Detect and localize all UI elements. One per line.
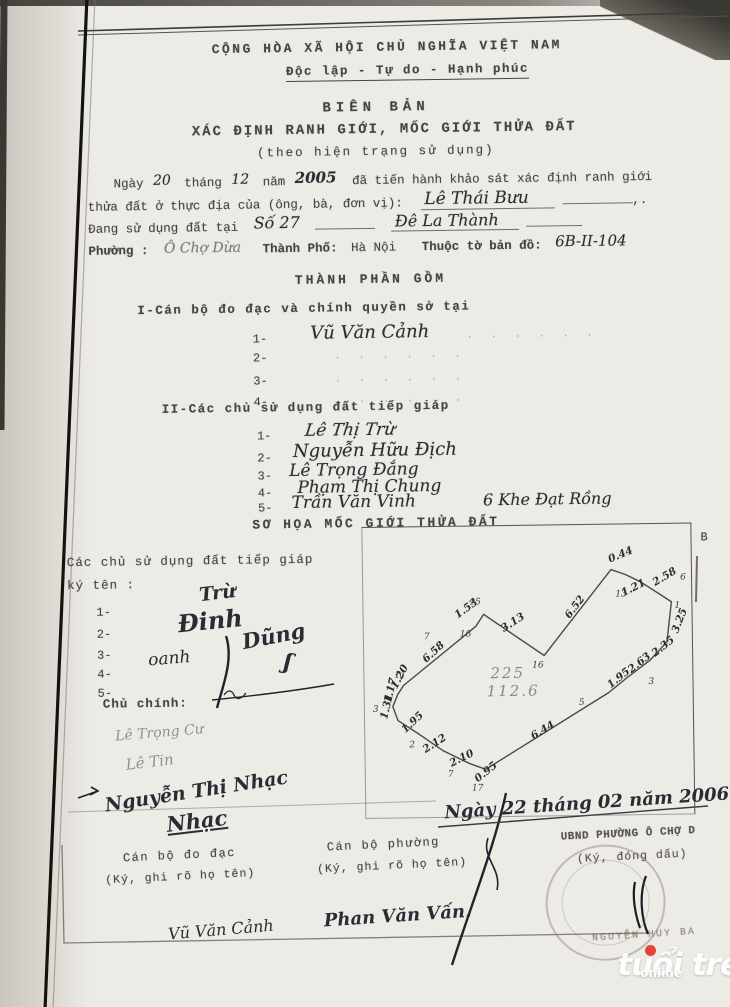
doc-subtitle: XÁC ĐỊNH RANH GIỚI, MỐC GIỚI THỬA ĐẤT: [192, 119, 577, 140]
watermark-red-dot: [645, 945, 656, 956]
doc-title: BIÊN BẢN: [322, 99, 429, 116]
intro-line-4: Phường : Ô Chợ Dừa Thành Phố: Hà Nội Thu…: [88, 233, 626, 259]
svg-text:15: 15: [469, 597, 481, 607]
list-item: 3-: [253, 372, 467, 389]
hw-neighbor-note: 6 Khe Đạt Rồng: [483, 489, 612, 510]
footer-col1-sub: (Ký, ghi rõ họ tên): [105, 867, 256, 887]
svg-text:6.52: 6.52: [562, 593, 587, 621]
signer-no-4: 4-: [97, 668, 112, 682]
svg-text:7: 7: [448, 770, 454, 780]
fill-line: [526, 213, 582, 227]
footer-col2-title: Cán bộ phường: [326, 835, 440, 855]
hw-note-4: Nhạc: [165, 805, 228, 837]
hw-neighbor-name: Trần Văn Vinh: [291, 491, 416, 513]
dotted-leader: [334, 349, 466, 365]
city-label: Thành Phố:: [263, 241, 338, 256]
svg-text:16: 16: [532, 661, 544, 671]
hw-day: 20: [153, 173, 171, 189]
doc-title-note: (theo hiện trạng sử dụng): [257, 143, 495, 160]
dotted-leader: [466, 328, 598, 344]
svg-text:11: 11: [394, 670, 406, 680]
plot-area: 112.6: [487, 682, 540, 701]
hw-year: 2005: [295, 168, 337, 187]
list-item: 5- Trần Văn Vinh 6 Khe Đạt Rồng: [258, 492, 612, 517]
hw-map-sheet-number: 6B-II-104: [555, 231, 627, 250]
signers-caption-2: ký tên :: [67, 578, 135, 593]
fill-line: [315, 216, 375, 230]
svg-text:6: 6: [680, 573, 686, 583]
footer-col3-title: UBND PHƯỜNG Ô CHỢ D: [560, 825, 695, 844]
svg-text:1.95: 1.95: [399, 709, 426, 735]
land-sketch-box: 0.44 1.21 2.58 3.25 2.35 2.63 1.95 6.44 …: [361, 522, 695, 819]
hw-footer-name-2: Phan Văn Vấn.: [323, 901, 472, 932]
hw-ward-name: Ô Chợ Dừa: [164, 240, 241, 257]
hw-surveyor-name: Vũ Văn Cảnh: [310, 321, 429, 344]
hw-signature-4: oanh: [147, 647, 191, 670]
tuoitre-watermark: tuổi trẻ online: [617, 947, 730, 983]
chu-chinh-label: Chủ chính:: [103, 696, 188, 711]
hw-note-1: Lê Trọng Cư: [115, 721, 205, 744]
svg-text:16: 16: [460, 630, 472, 640]
item-no: 2-: [253, 351, 268, 365]
item-no: 1-: [253, 332, 268, 346]
section2-title: II-Các chủ sử dụng đất tiếp giáp: [162, 399, 450, 417]
hw-note-2: Lê Tin: [125, 750, 175, 774]
participants-heading: THÀNH PHẦN GỒM: [295, 271, 446, 288]
svg-text:3.25: 3.25: [669, 607, 689, 635]
svg-text:5: 5: [579, 698, 585, 708]
hw-address-street: Đê La Thành: [391, 210, 519, 232]
ward-label: Phường :: [88, 244, 148, 259]
hw-signature-3: Dũng: [240, 618, 307, 654]
scanned-document-photo: CỘNG HÒA XÃ HỘI CHỦ NGHĨA VIỆT NAM Độc l…: [0, 0, 730, 1007]
signer-no-1: 1-: [96, 606, 111, 620]
svg-text:0.44: 0.44: [606, 544, 634, 565]
hw-signature-1: Trừ: [198, 580, 237, 606]
national-motto-country: CỘNG HÒA XÃ HỘI CHỦ NGHĨA VIỆT NAM: [212, 37, 562, 57]
intro-line-1: Ngày 20 tháng 12 năm 2005 đã tiến hành k…: [113, 166, 652, 192]
svg-text:3.13: 3.13: [499, 611, 527, 635]
hw-address-number: Số 27: [253, 213, 299, 233]
city-value: Hà Nội: [351, 241, 396, 256]
land-plot-sketch: 0.44 1.21 2.58 3.25 2.35 2.63 1.95 6.44 …: [362, 523, 694, 818]
svg-text:2.58: 2.58: [650, 565, 680, 589]
label-nam: năm: [263, 175, 286, 189]
plot-number: 225: [489, 664, 525, 682]
list-item: 1- Vũ Văn Cảnh: [253, 322, 599, 348]
item-no: 3-: [253, 374, 268, 388]
intro-line2-label: thửa đất ở thực địa của (ông, bà, đơn vị…: [88, 196, 403, 214]
label-ngay: Ngày: [113, 177, 143, 191]
margin-letter-b: B: [700, 530, 707, 544]
svg-text:2.10: 2.10: [447, 747, 477, 770]
hw-neighbor-name: Nguyễn Hữu Địch: [293, 439, 457, 462]
svg-text:6.44: 6.44: [529, 719, 557, 742]
intro-line3-label: Đang sử dụng đất tại: [88, 221, 238, 237]
hw-month: 12: [231, 172, 249, 188]
hw-signature-2: Đinh: [176, 603, 244, 638]
svg-text:17: 17: [472, 783, 484, 793]
signers-caption-1: Các chủ sử dụng đất tiếp giáp: [67, 553, 314, 570]
watermark-online: online: [640, 966, 682, 980]
svg-text:2.12: 2.12: [420, 732, 449, 756]
footer-col2-sub: (Ký, ghi rõ họ tên): [317, 856, 468, 876]
national-motto-slogan: Độc lập - Tự do - Hạnh phúc: [286, 62, 529, 82]
svg-text:1: 1: [674, 601, 680, 611]
svg-text:2: 2: [408, 740, 415, 750]
dotted-leader: [335, 372, 467, 388]
footer-col1-title: Cán bộ đo đạc: [123, 846, 237, 866]
hw-owner-name: Lê Thái Bưu: [420, 187, 555, 210]
list-item: 2-: [253, 349, 467, 366]
signer-no-2: 2-: [97, 628, 112, 642]
hw-footer-name-1: Vũ Văn Cảnh: [167, 916, 274, 944]
map-sheet-label: Thuộc tờ bản đồ:: [422, 239, 542, 255]
item-no: 1-: [257, 429, 272, 443]
intro-rest1: đã tiến hành khảo sát xác định ranh giới: [352, 170, 652, 188]
label-thang: tháng: [184, 176, 222, 191]
fill-line: [562, 190, 632, 204]
svg-text:3: 3: [648, 677, 654, 687]
section1-title: I-Cán bộ đo đạc và chính quyền sở tại: [137, 300, 470, 319]
signer-no-3: 3-: [97, 649, 112, 663]
svg-text:13: 13: [615, 589, 627, 599]
intro-line-3: Đang sử dụng đất tại Số 27 Đê La Thành: [88, 211, 582, 237]
hw-signature-flourish: ʃ: [282, 649, 294, 676]
svg-text:3: 3: [373, 705, 379, 715]
item-no: 5-: [258, 501, 273, 515]
hw-neighbor-name: Lê Thị Trừ: [303, 420, 396, 441]
svg-text:7: 7: [424, 632, 430, 642]
document-page: CỘNG HÒA XÃ HỘI CHỦ NGHĨA VIỆT NAM Độc l…: [0, 0, 730, 1007]
